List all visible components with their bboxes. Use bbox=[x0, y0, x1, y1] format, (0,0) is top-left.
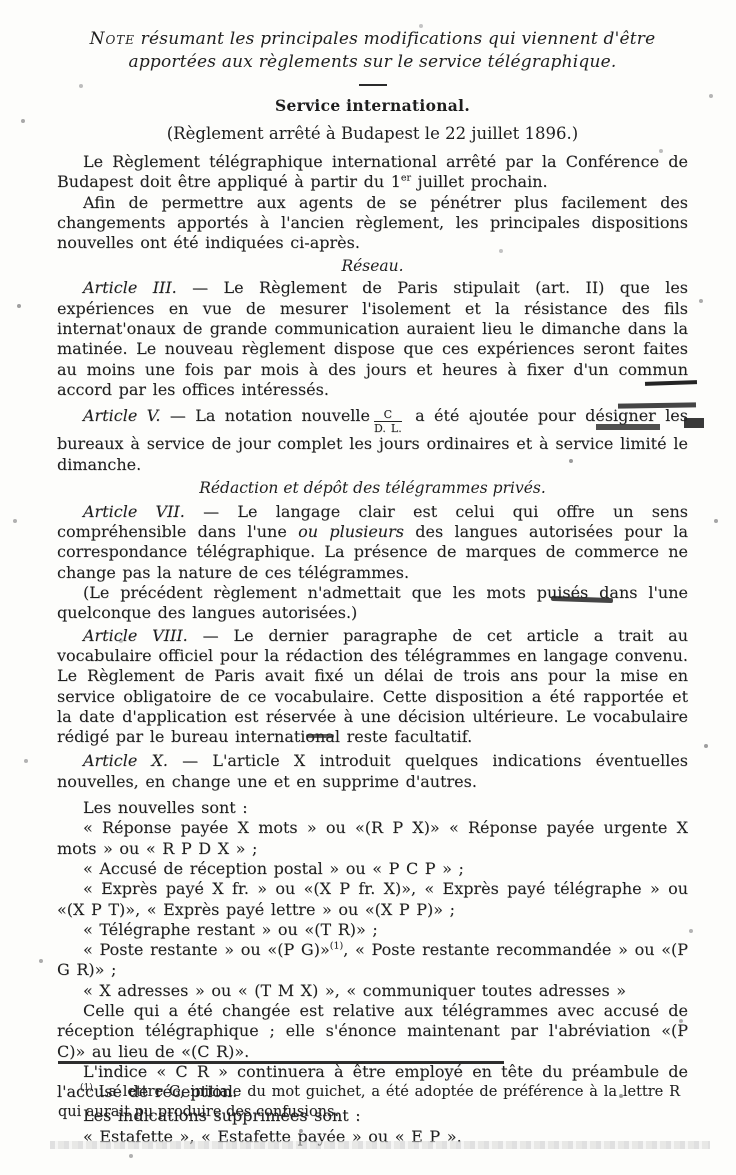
article-7-emphasis: ou plusieurs bbox=[298, 522, 404, 541]
paragraph-article-7-parenthetical: (Le précédent règlement n'admettait que … bbox=[57, 583, 688, 624]
footnote-text: La lettre G, initiale du mot guichet, a … bbox=[58, 1084, 680, 1120]
article-5-text-start: — La notation nouvelle bbox=[161, 406, 370, 425]
ink-artifact-blob bbox=[684, 418, 704, 428]
article-3-label: Article III. bbox=[83, 278, 177, 297]
paragraph-intro-2: Afin de permettre aux agents de se pénét… bbox=[57, 193, 688, 254]
footnote-reference: (1) bbox=[330, 941, 343, 952]
paragraph-article-5: Article V. — La notation nouvelleCD. L. … bbox=[57, 406, 688, 475]
section-title: Service international. bbox=[57, 97, 688, 115]
ink-artifact-dash bbox=[596, 424, 660, 430]
paragraph-article-10: Article X. — L'article X introduit quelq… bbox=[57, 751, 688, 792]
note-header: Note résumant les principales modificati… bbox=[57, 28, 688, 74]
fraction-denominator: D. L. bbox=[374, 422, 402, 434]
article-10-label: Article X. bbox=[83, 751, 168, 770]
ordinal-superscript: er bbox=[401, 173, 411, 184]
fraction-numerator: C bbox=[374, 409, 402, 422]
heading-redaction: Rédaction et dépôt des télégrammes privé… bbox=[57, 479, 688, 498]
scanned-document-page: Note résumant les principales modificati… bbox=[0, 0, 736, 1175]
article-5-label: Article V. bbox=[83, 406, 161, 425]
article-7-label: Article VII. bbox=[83, 502, 185, 521]
footnote-divider-rule bbox=[58, 1061, 504, 1064]
new-indications-intro: Les nouvelles sont : bbox=[57, 798, 688, 818]
indication-item: « X adresses » ou « (T M X) », « communi… bbox=[57, 981, 688, 1001]
footnote: (1) La lettre G, initiale du mot guichet… bbox=[58, 1078, 680, 1122]
indication-item: « Télégraphe restant » ou «(T R)» ; bbox=[57, 920, 688, 940]
paragraph-changed-indication: Celle qui a été changée est relative aux… bbox=[57, 1001, 688, 1062]
heading-reseau: Réseau. bbox=[57, 257, 688, 276]
intro-1-text-end: juillet prochain. bbox=[411, 172, 548, 191]
indication-item: « Accusé de réception postal » ou « P C … bbox=[57, 859, 688, 879]
regulation-subtitle: (Règlement arrêté à Budapest le 22 juill… bbox=[57, 123, 688, 144]
section-divider-rule bbox=[359, 84, 387, 86]
ink-artifact-smudge bbox=[306, 734, 334, 738]
scan-artifact-band bbox=[50, 1141, 710, 1149]
note-label: Note bbox=[90, 29, 135, 49]
intro-1-text: Le Règlement télégraphique international… bbox=[57, 152, 688, 191]
footnote-marker: (1) bbox=[80, 1083, 93, 1093]
article-8-label: Article VIII. bbox=[83, 626, 188, 645]
indication-item-poste-restante: « Poste restante » ou «(P G)»(1), « Post… bbox=[57, 940, 688, 981]
paragraph-article-7: Article VII. — Le langage clair est celu… bbox=[57, 502, 688, 583]
document-content: Note résumant les principales modificati… bbox=[57, 28, 688, 1147]
poste-restante-text-start: « Poste restante » ou «(P G)» bbox=[83, 940, 330, 959]
indication-item: « Réponse payée X mots » ou «(R P X)» « … bbox=[57, 818, 688, 859]
scan-noise-specks bbox=[0, 0, 2, 2]
paragraph-article-3: Article III. — Le Règlement de Paris sti… bbox=[57, 278, 688, 400]
notation-fraction-c-dl: CD. L. bbox=[374, 409, 402, 434]
note-header-text: résumant les principales modifications q… bbox=[128, 29, 655, 72]
paragraph-article-8: Article VIII. — Le dernier paragraphe de… bbox=[57, 626, 688, 748]
paragraph-intro-1: Le Règlement télégraphique international… bbox=[57, 152, 688, 193]
indication-item: « Exprès payé X fr. » ou «(X P fr. X)», … bbox=[57, 879, 688, 920]
